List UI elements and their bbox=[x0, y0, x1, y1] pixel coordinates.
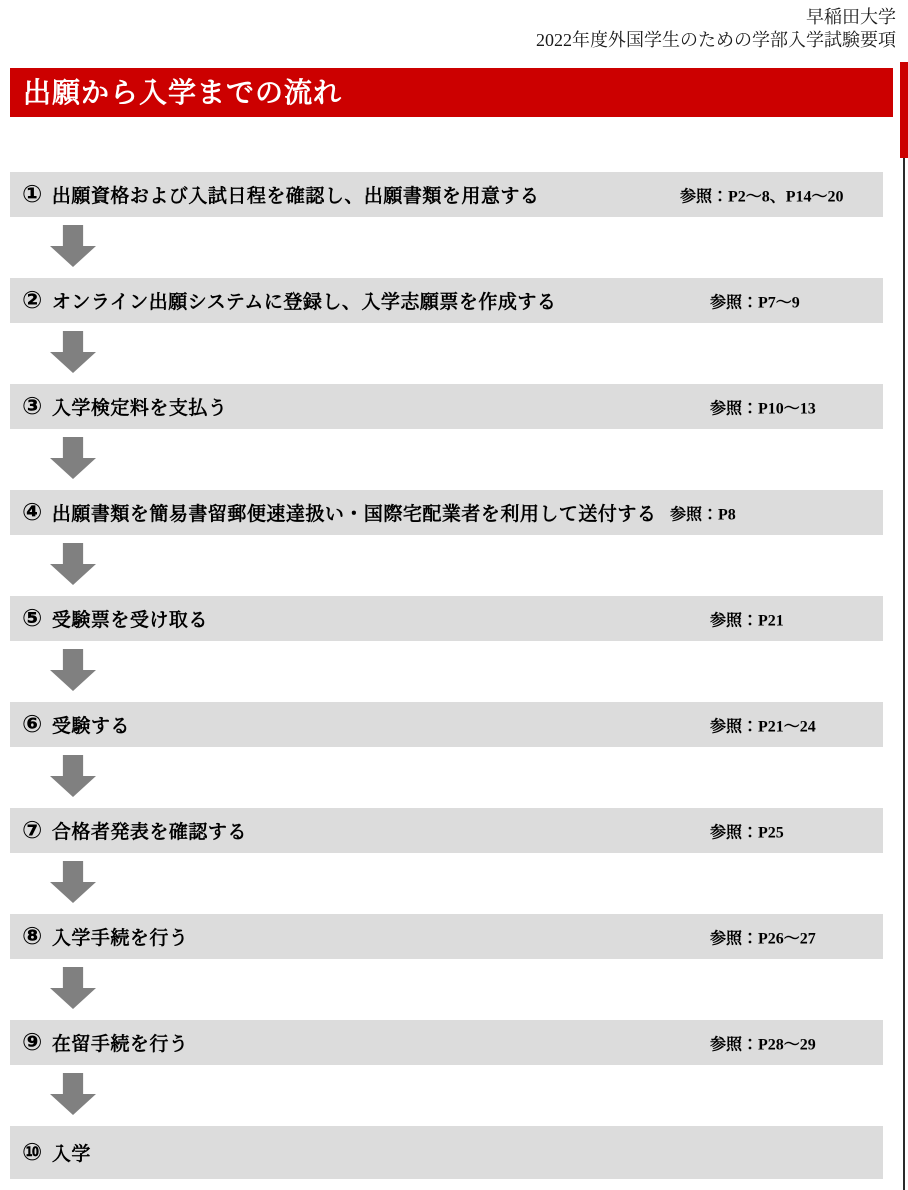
step-number-icon: ⑩ bbox=[22, 1138, 43, 1167]
step-title: 受験票を受け取る bbox=[52, 605, 208, 632]
step-row-4: ④ 出願書類を簡易書留郵便速達扱い・国際宅配業者を利用して送付する 参照：P8 bbox=[10, 490, 883, 535]
step-number-icon: ② bbox=[22, 286, 43, 315]
down-arrow-icon bbox=[50, 543, 96, 585]
step-title: 入学手続を行う bbox=[52, 923, 189, 950]
step-number-icon: ⑥ bbox=[22, 710, 43, 739]
step-label: ② オンライン出願システムに登録し、入学志願票を作成する bbox=[22, 278, 556, 323]
university-name: 早稲田大学 bbox=[536, 6, 896, 29]
down-arrow-icon bbox=[50, 649, 96, 691]
step-label: ⑦ 合格者発表を確認する bbox=[22, 808, 247, 853]
step-label: ⑥ 受験する bbox=[22, 702, 130, 747]
step-title: 出願資格および入試日程を確認し、出願書類を用意する bbox=[52, 181, 540, 208]
step-title: 在留手続を行う bbox=[52, 1029, 189, 1056]
down-arrow-icon bbox=[50, 861, 96, 903]
step-title: 受験する bbox=[52, 711, 130, 738]
step-title: 入学 bbox=[52, 1139, 91, 1166]
step-row-8: ⑧ 入学手続を行う 参照：P26～27 bbox=[10, 914, 883, 959]
step-title: 合格者発表を確認する bbox=[52, 817, 247, 844]
step-title: オンライン出願システムに登録し、入学志願票を作成する bbox=[52, 287, 557, 314]
step-row-3: ③ 入学検定料を支払う 参照：P10～13 bbox=[10, 384, 883, 429]
step-label: ① 出願資格および入試日程を確認し、出願書類を用意する bbox=[22, 172, 539, 217]
down-arrow-icon bbox=[50, 331, 96, 373]
step-row-6: ⑥ 受験する 参照：P21～24 bbox=[10, 702, 883, 747]
step-number-icon: ⑧ bbox=[22, 922, 43, 951]
step-title: 出願書類を簡易書留郵便速達扱い・国際宅配業者を利用して送付する bbox=[52, 499, 657, 526]
step-page-reference: 参照：P2～8、P14～20 bbox=[680, 183, 844, 206]
section-title: 出願から入学までの流れ bbox=[10, 68, 893, 117]
step-title: 入学検定料を支払う bbox=[52, 393, 228, 420]
step-page-reference: 参照：P25 bbox=[710, 819, 784, 842]
down-arrow-icon bbox=[50, 755, 96, 797]
step-number-icon: ③ bbox=[22, 392, 43, 421]
step-page-reference: 参照：P21 bbox=[710, 607, 784, 630]
step-number-icon: ⑨ bbox=[22, 1028, 43, 1057]
down-arrow-icon bbox=[50, 225, 96, 267]
step-label: ④ 出願書類を簡易書留郵便速達扱い・国際宅配業者を利用して送付する bbox=[22, 490, 656, 535]
step-page-reference: 参照：P10～13 bbox=[710, 395, 816, 418]
page-edge-line bbox=[903, 158, 905, 1190]
step-label: ⑩ 入学 bbox=[22, 1126, 91, 1179]
step-row-10: ⑩ 入学 bbox=[10, 1126, 883, 1179]
step-row-9: ⑨ 在留手続を行う 参照：P28～29 bbox=[10, 1020, 883, 1065]
document-header: 早稲田大学 2022年度外国学生のための学部入学試験要項 bbox=[536, 6, 896, 52]
section-banner: 出願から入学までの流れ bbox=[10, 68, 893, 117]
step-page-reference: 参照：P26～27 bbox=[710, 925, 816, 948]
step-row-7: ⑦ 合格者発表を確認する 参照：P25 bbox=[10, 808, 883, 853]
step-row-5: ⑤ 受験票を受け取る 参照：P21 bbox=[10, 596, 883, 641]
step-number-icon: ① bbox=[22, 180, 43, 209]
step-row-2: ② オンライン出願システムに登録し、入学志願票を作成する 参照：P7～9 bbox=[10, 278, 883, 323]
step-number-icon: ⑤ bbox=[22, 604, 43, 633]
step-label: ⑤ 受験票を受け取る bbox=[22, 596, 208, 641]
step-page-reference: 参照：P7～9 bbox=[710, 289, 800, 312]
step-number-icon: ⑦ bbox=[22, 816, 43, 845]
step-number-icon: ④ bbox=[22, 498, 43, 527]
down-arrow-icon bbox=[50, 967, 96, 1009]
step-label: ⑧ 入学手続を行う bbox=[22, 914, 188, 959]
step-label: ⑨ 在留手続を行う bbox=[22, 1020, 188, 1065]
step-page-reference: 参照：P28～29 bbox=[710, 1031, 816, 1054]
step-page-reference: 参照：P8 bbox=[670, 501, 736, 524]
application-flow: ① 出願資格および入試日程を確認し、出願書類を用意する 参照：P2～8、P14～… bbox=[10, 172, 883, 1179]
down-arrow-icon bbox=[50, 437, 96, 479]
step-row-1: ① 出願資格および入試日程を確認し、出願書類を用意する 参照：P2～8、P14～… bbox=[10, 172, 883, 217]
page-edge-red-strip bbox=[900, 62, 908, 158]
step-label: ③ 入学検定料を支払う bbox=[22, 384, 227, 429]
document-title: 2022年度外国学生のための学部入学試験要項 bbox=[536, 29, 896, 52]
step-page-reference: 参照：P21～24 bbox=[710, 713, 816, 736]
down-arrow-icon bbox=[50, 1073, 96, 1115]
